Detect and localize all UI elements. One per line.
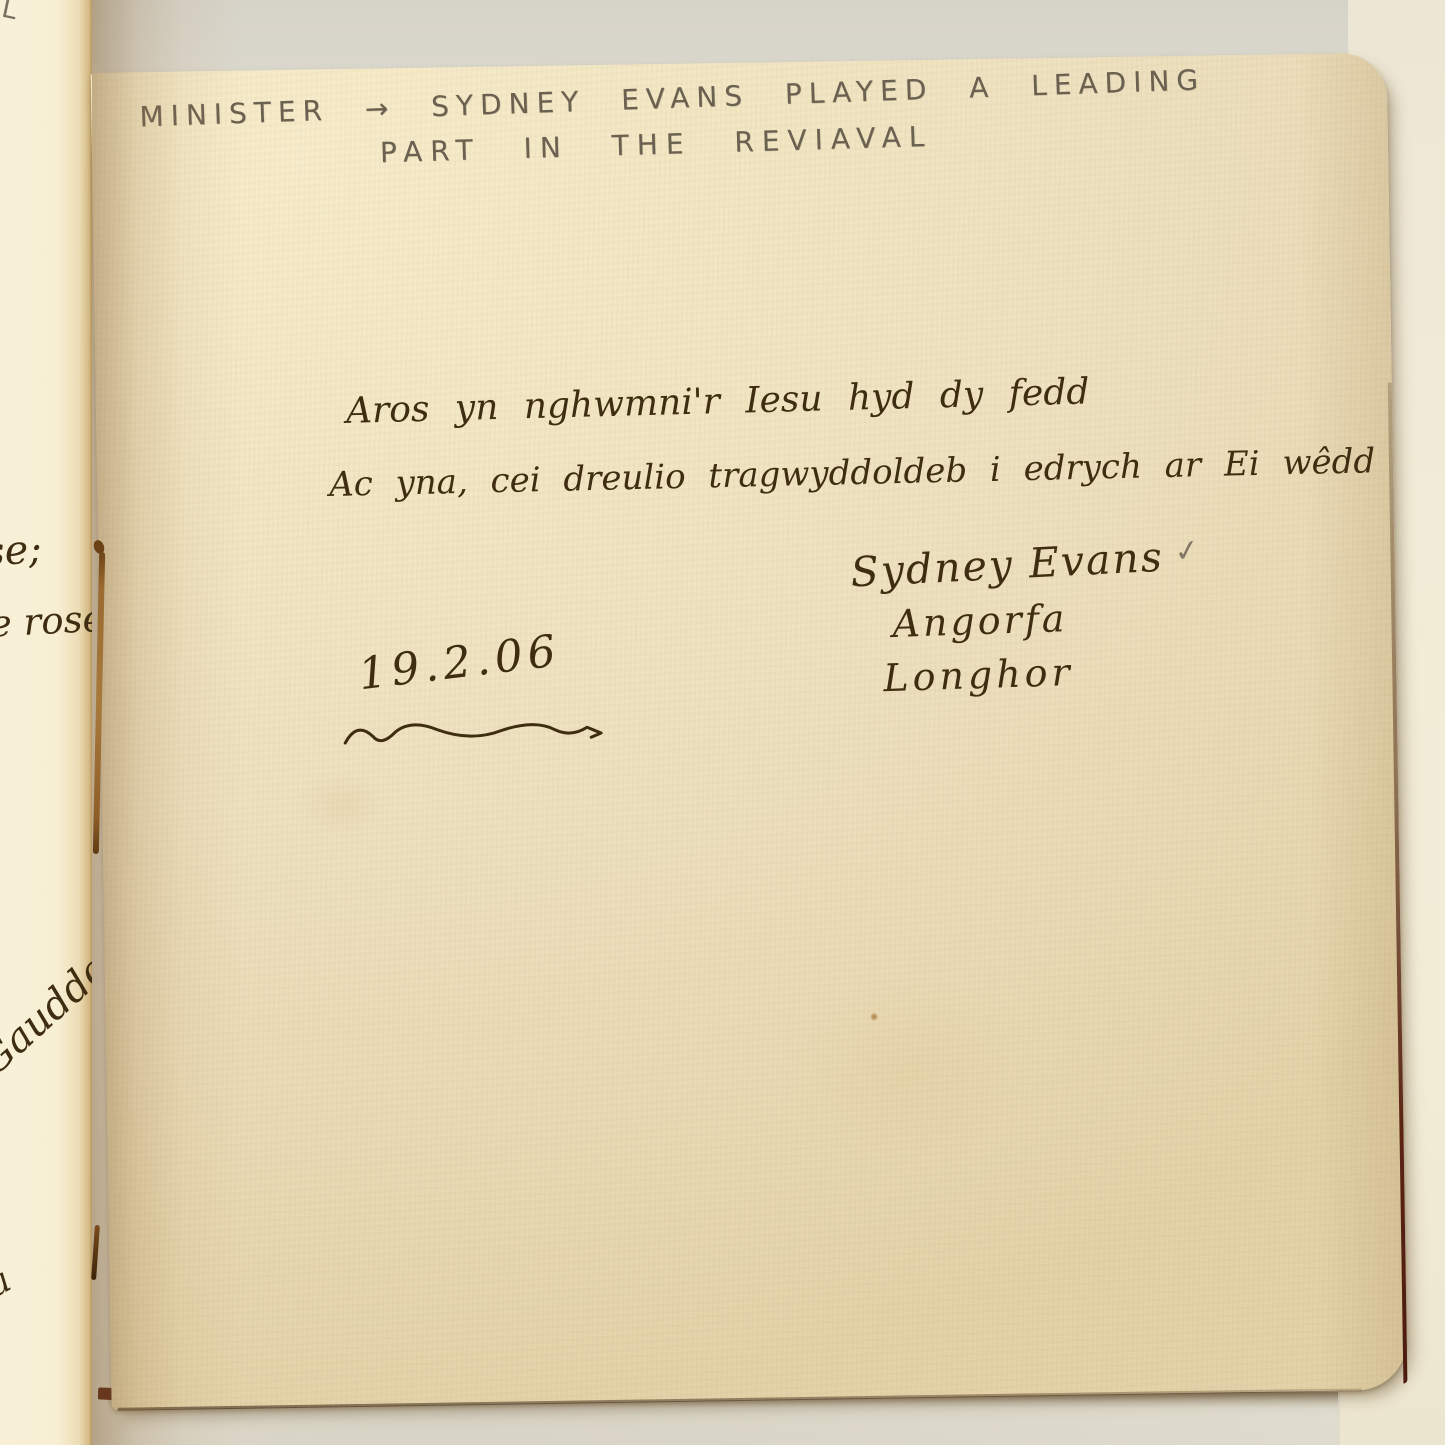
pencil-check-mark: ✓	[1172, 532, 1202, 570]
left-page-fragment-3: Gauddo	[0, 945, 92, 1084]
signature-name: Sydney Evans	[850, 533, 1165, 597]
underline-flourish-icon	[339, 713, 610, 759]
left-page-fragment-4: a	[0, 1259, 18, 1305]
paper-stain	[744, 938, 1068, 1203]
ink-fleck	[871, 1013, 878, 1021]
welsh-verse-line1: Aros yn nghwmni'r Iesu hyd dy fedd	[346, 371, 1090, 431]
left-page-fragment-1: se;	[0, 526, 43, 576]
welsh-verse-line2: Ac yna, cei dreulio tragwyddoldeb i edry…	[329, 441, 1376, 505]
previous-page-strip: L se; he rosé. Gauddo a	[0, 0, 92, 1445]
paper-foxing	[282, 758, 403, 850]
pencil-annotation-line2: PART IN THE REVIAVAL	[380, 120, 933, 169]
left-page-fragment-2: he rosé.	[0, 596, 92, 647]
pencil-annotation-line1: MINISTER → SYDNEY EVANS PLAYED A LEADING	[139, 63, 1206, 133]
entry-date: 19.2.06	[356, 625, 564, 700]
pencil-corner-mark: L	[0, 0, 20, 26]
paper-texture	[91, 53, 1408, 1410]
signature-address-line2: Longhor	[883, 650, 1075, 700]
album-photo: L se; he rosé. Gauddo a MINISTER → SYDNE…	[0, 0, 1445, 1445]
binding-stitch-lower	[91, 1225, 100, 1280]
album-page: MINISTER → SYDNEY EVANS PLAYED A LEADING…	[91, 53, 1408, 1410]
signature-address-line1: Angorfa	[892, 596, 1068, 646]
